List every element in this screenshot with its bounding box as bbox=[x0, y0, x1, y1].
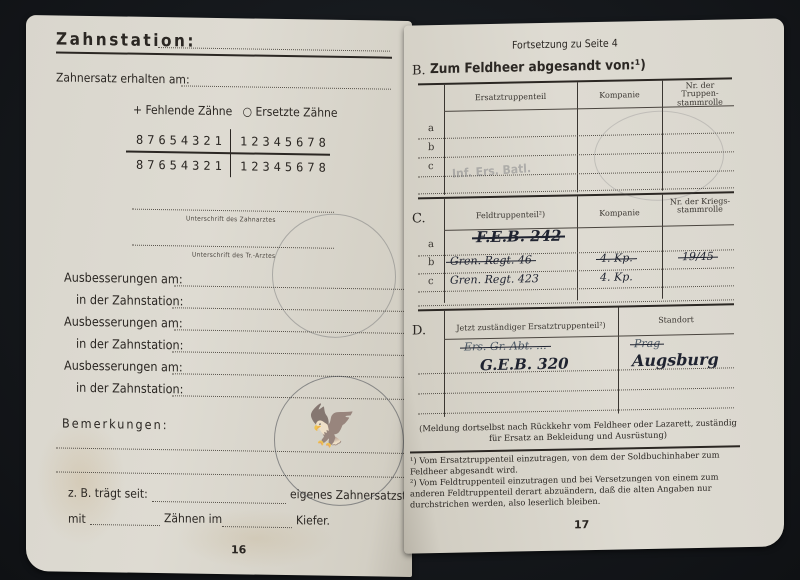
section-b-row-c: c bbox=[428, 161, 434, 172]
section-d-header-unit: Jetzt zuständiger Ersatztruppenteil²) bbox=[444, 322, 618, 334]
section-b-title: Zum Feldheer abgesandt von:¹) bbox=[430, 57, 646, 77]
faded-unit-stamp bbox=[272, 213, 396, 339]
missing-teeth-label: Fehlende Zähne bbox=[145, 103, 232, 118]
repairs-label-1: Ausbesserungen am: bbox=[64, 270, 183, 287]
eagle-unit-stamp: 🦅 bbox=[274, 375, 404, 507]
dentist-signature-field[interactable] bbox=[132, 209, 334, 213]
tooth-chart-vertical bbox=[230, 129, 231, 177]
footnote-2: ²) Vom Feldtruppenteil einzutragen und b… bbox=[410, 471, 744, 510]
continuation-header: Fortsetzung zu Seite 4 bbox=[512, 38, 618, 52]
section-d-row-field[interactable] bbox=[418, 407, 734, 414]
page-16: Zahnstation: Zahnersatz erhalten am: + F… bbox=[26, 15, 412, 577]
with-label: mit bbox=[68, 512, 86, 526]
dentures-received-label: Zahnersatz erhalten am: bbox=[56, 70, 190, 86]
station-label-2: in der Zahnstation: bbox=[76, 336, 183, 353]
repairs-label-3: Ausbesserungen am: bbox=[64, 358, 183, 375]
section-c-row-a: a bbox=[428, 239, 434, 250]
section-b-header-unit: Ersatztruppenteil bbox=[444, 92, 577, 103]
repairs-field-3[interactable] bbox=[172, 373, 404, 378]
eagle-emblem-icon: 🦅 bbox=[307, 406, 357, 447]
faded-stamp-text: Inf. Ers. Batl. bbox=[452, 161, 532, 181]
section-b-row-a: a bbox=[428, 123, 434, 134]
section-c-row-c-company[interactable]: 4. Kp. bbox=[600, 270, 633, 284]
dentist-signature-label: Unterschrift des Zahnarztes bbox=[186, 214, 276, 223]
jaw-field[interactable] bbox=[222, 526, 292, 528]
section-d-header-rule bbox=[444, 333, 734, 340]
station-label-1: in der Zahnstation: bbox=[76, 292, 183, 309]
section-d-letter: D. bbox=[412, 323, 426, 338]
title-underline bbox=[56, 51, 392, 58]
dentures-received-field[interactable] bbox=[181, 85, 391, 89]
page-number-16: 16 bbox=[231, 543, 246, 556]
section-c-letter: C. bbox=[412, 211, 426, 226]
repairs-field-2[interactable] bbox=[174, 329, 404, 334]
station-label-3: in der Zahnstation: bbox=[76, 380, 183, 397]
age-stain bbox=[36, 415, 126, 546]
section-b-header-number: Nr. der Truppen-stammrolle bbox=[666, 81, 734, 107]
lower-left-teeth[interactable]: 87654321 bbox=[136, 158, 226, 173]
page-17: Fortsetzung zu Seite 4 B. Zum Feldheer a… bbox=[404, 18, 784, 553]
section-c-row-b-unit[interactable]: Gren. Regt. 46 bbox=[450, 253, 532, 268]
section-c-row-b-company[interactable]: 4. Kp. bbox=[600, 251, 633, 265]
teeth-in-label: Zähnen im bbox=[164, 511, 222, 526]
tooth-chart-horizontal bbox=[126, 151, 330, 156]
section-b-header-company: Kompanie bbox=[577, 91, 662, 101]
section-c-row-b: b bbox=[428, 257, 434, 268]
page-number-17: 17 bbox=[574, 518, 589, 531]
wears-since-field[interactable] bbox=[152, 501, 286, 504]
section-d-header-location: Standort bbox=[618, 315, 734, 326]
section-b-header-rule bbox=[444, 105, 734, 112]
section-d-row-field[interactable] bbox=[418, 367, 734, 374]
replaced-teeth-label: Ersetzte Zähne bbox=[255, 105, 337, 120]
section-c-row-c: c bbox=[428, 276, 434, 287]
section-c-row-a-unit[interactable]: F.E.B. 242 bbox=[476, 227, 561, 247]
section-c-header-company: Kompanie bbox=[577, 209, 662, 219]
wears-since-label: z. B. trägt seit: bbox=[68, 486, 148, 501]
section-c-row-b-number[interactable]: 19/45 bbox=[682, 250, 714, 264]
section-c-header-number: Nr. der Kriegs-stammrolle bbox=[666, 197, 734, 215]
section-d-note: (Meldung dortselbst nach Rückkehr vom Fe… bbox=[418, 417, 738, 445]
circle-icon: ○ bbox=[243, 104, 252, 118]
section-c-header-unit: Feldtruppenteil²) bbox=[444, 210, 577, 221]
remarks-label: Bemerkungen: bbox=[62, 416, 169, 433]
section-d-row-1-location[interactable]: Prag bbox=[634, 337, 660, 351]
section-c-col-divider bbox=[662, 195, 663, 299]
medical-officer-signature-label: Unterschrift des Tr.-Arztes bbox=[192, 251, 275, 260]
plus-icon: + bbox=[133, 103, 142, 117]
station-field-2[interactable] bbox=[172, 351, 404, 356]
upper-right-teeth[interactable]: 12345678 bbox=[240, 134, 330, 149]
jaw-label: Kiefer. bbox=[296, 513, 330, 528]
section-d-row-1-unit[interactable]: Ers. Gr. Abt. ... bbox=[464, 339, 547, 354]
section-c-row-c-unit[interactable]: Gren. Regt. 423 bbox=[450, 272, 539, 287]
repairs-label-2: Ausbesserungen am: bbox=[64, 314, 183, 331]
section-b-letter: B. bbox=[412, 63, 426, 78]
lower-right-teeth[interactable]: 12345678 bbox=[240, 159, 330, 174]
upper-left-teeth[interactable]: 87654321 bbox=[136, 133, 226, 148]
section-b-row-b: b bbox=[428, 142, 434, 153]
section-d-row-field[interactable] bbox=[418, 387, 734, 394]
teeth-count-field[interactable] bbox=[90, 524, 160, 526]
tooth-legend: + Fehlende Zähne ○ Ersetzte Zähne bbox=[133, 103, 338, 120]
